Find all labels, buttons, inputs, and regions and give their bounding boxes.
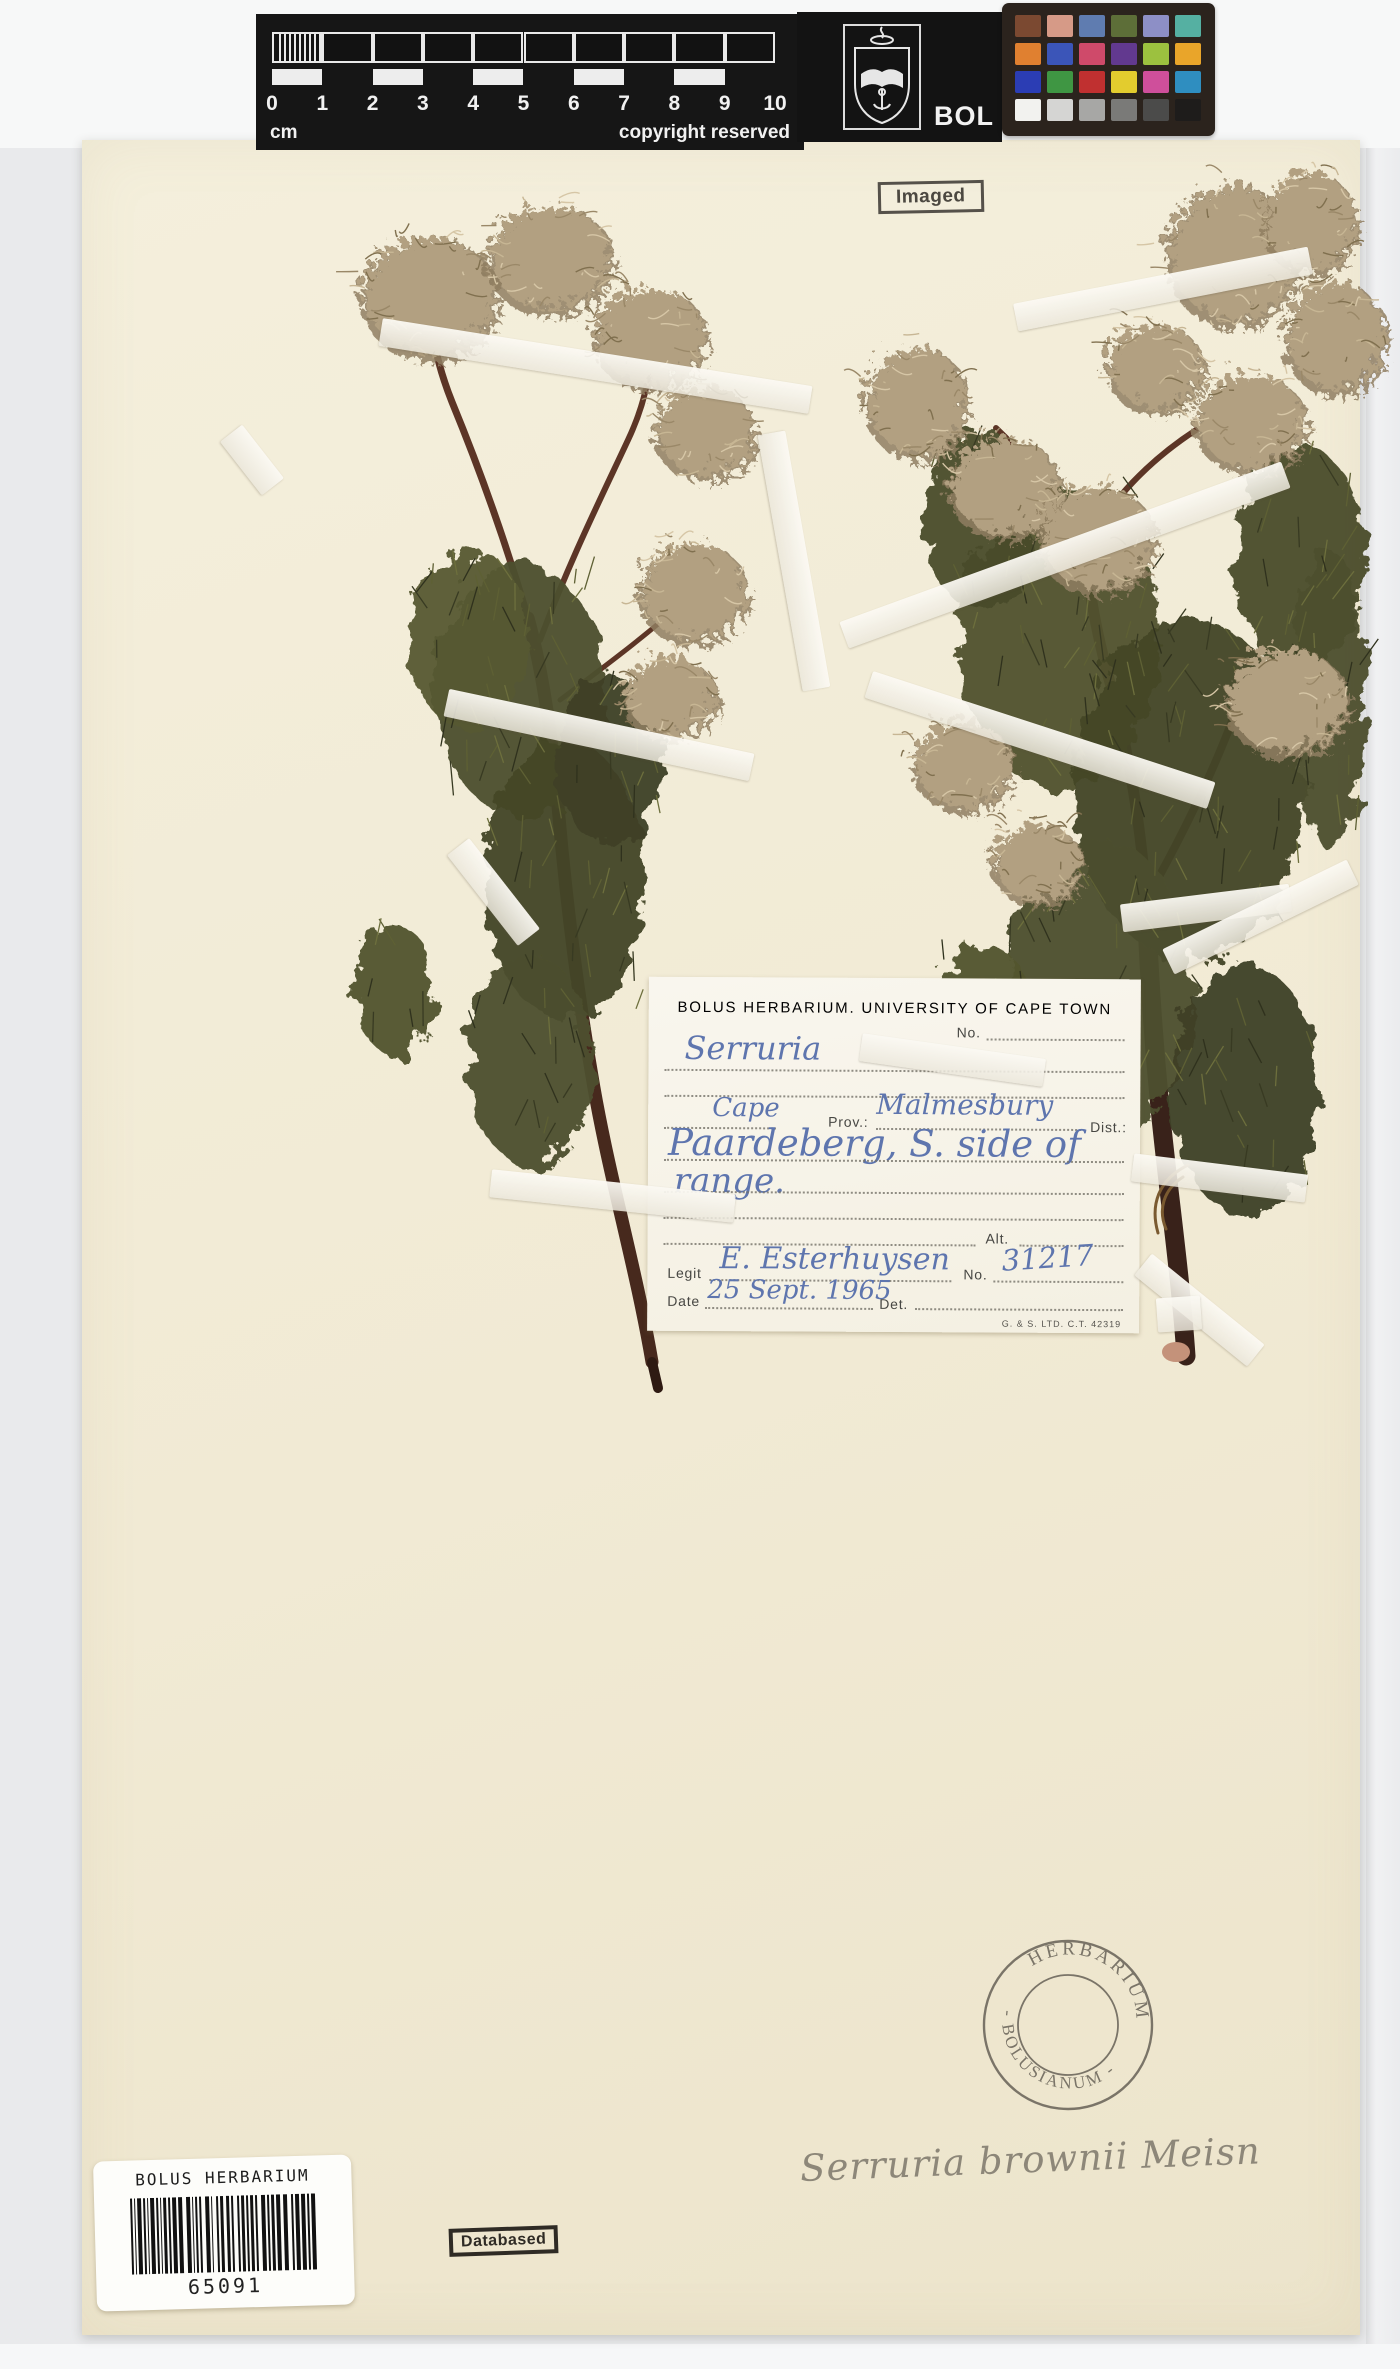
color-chip [1079, 71, 1105, 93]
barcode-number: 65091 [96, 2270, 355, 2301]
scale-tick-label: 2 [367, 92, 379, 116]
color-chip [1047, 71, 1073, 93]
scale-tick-label: 1 [316, 92, 328, 116]
color-chip [1143, 71, 1169, 93]
databased-stamp: Databased [449, 2225, 559, 2257]
scale-tick-label: 3 [417, 92, 429, 116]
dotted-line [664, 1069, 1124, 1073]
color-chip [1079, 43, 1105, 65]
color-chip [1175, 99, 1201, 121]
scale-bar-segments [256, 32, 804, 67]
handwritten-region: Cape [712, 1093, 780, 1123]
color-chip [1111, 99, 1137, 121]
collection-label: BOLUS HERBARIUM. UNIVERSITY OF CAPE TOWN… [647, 977, 1141, 1334]
scale-cm-segment [725, 32, 775, 63]
scale-cm-segment [624, 32, 674, 63]
label-institution: BOLUS HERBARIUM. UNIVERSITY OF CAPE TOWN [649, 999, 1141, 1019]
scale-tick-label: 7 [618, 92, 630, 116]
barcode-sticker: BOLUS HERBARIUM 65091 [93, 2154, 355, 2311]
mounting-tape-strip [1156, 1296, 1202, 1333]
color-chip [1175, 15, 1201, 37]
stamp-text-bottom: - BOLUSIANUM - [976, 2003, 1122, 2116]
specimen-photograph: 012345678910 cm copyright reserved BOL [0, 0, 1400, 2369]
color-chip [1015, 71, 1041, 93]
color-chip [1015, 43, 1041, 65]
svg-text:- BOLUSIANUM -: - BOLUSIANUM - [976, 2003, 1122, 2116]
color-chip [1015, 15, 1041, 37]
scale-tick-label: 8 [669, 92, 681, 116]
scale-tick-label: 0 [266, 92, 278, 116]
dotted-line [915, 1308, 1123, 1311]
color-chip [1175, 43, 1201, 65]
scale-bar-halftones [256, 69, 804, 85]
handwritten-date: 25 Sept. 1965 [707, 1275, 891, 1306]
scale-bar-unit: cm [270, 122, 297, 144]
scale-bar: 012345678910 cm copyright reserved [256, 14, 804, 150]
scale-tick-label: 4 [467, 92, 479, 116]
barcode-title: BOLUS HERBARIUM [93, 2164, 351, 2190]
handwritten-province: Malmesbury [876, 1088, 1053, 1122]
label-printer-mark: G. & S. LTD. C.T. 42319 [1002, 1319, 1121, 1330]
copyright-text: copyright reserved [619, 122, 790, 144]
scale-tick-label: 10 [763, 92, 786, 116]
color-chip [1047, 15, 1073, 37]
herbarium-bolusianum-stamp: HERBARIUM - BOLUSIANUM - [973, 1930, 1163, 2120]
scale-tick-label: 5 [518, 92, 530, 116]
scale-cm-segment [674, 32, 724, 63]
color-chip [1047, 99, 1073, 121]
photo-backdrop-bottom [0, 2344, 1400, 2369]
color-chip [1143, 15, 1169, 37]
field-no: No. [957, 1024, 981, 1040]
field-no2: No. [963, 1266, 987, 1282]
scale-tick-label: 6 [568, 92, 580, 116]
scale-cm-segment [272, 32, 322, 63]
barcode-icon [130, 2193, 318, 2274]
color-checker-chart [1002, 3, 1215, 136]
handwritten-taxon: Serruria [684, 1029, 821, 1068]
herbarium-crest-block: BOL [797, 12, 1002, 142]
color-chip [1143, 43, 1169, 65]
color-chip [1015, 99, 1041, 121]
imaged-stamp: Imaged [878, 180, 984, 214]
field-dist: Dist.: [1090, 1119, 1127, 1135]
color-chip [1079, 99, 1105, 121]
scale-tick-label: 9 [719, 92, 731, 116]
color-chip [1111, 71, 1137, 93]
dotted-line [993, 1281, 1123, 1284]
dotted-line [705, 1307, 873, 1310]
handwritten-collector-number: 31217 [1000, 1238, 1094, 1278]
uct-crest-icon [843, 24, 921, 130]
herbarium-code: BOL [934, 101, 994, 132]
color-chip [1111, 43, 1137, 65]
color-chip [1175, 71, 1201, 93]
handwritten-collector: E. Esterhuysen [719, 1241, 950, 1277]
color-chip [1079, 15, 1105, 37]
field-date: Date [667, 1293, 700, 1309]
field-det: Det. [879, 1296, 908, 1312]
color-chip [1143, 99, 1169, 121]
color-chip [1111, 15, 1137, 37]
scale-cm-segment [524, 32, 574, 63]
scale-cm-segment [574, 32, 624, 63]
color-chip [1047, 43, 1073, 65]
scale-cm-segment [322, 32, 372, 63]
dotted-line [987, 1038, 1125, 1041]
scale-cm-segment [473, 32, 523, 63]
field-legit: Legit [667, 1265, 701, 1281]
scale-cm-segment [423, 32, 473, 63]
backdrop-fold [1366, 148, 1400, 2344]
scale-cm-segment [373, 32, 423, 63]
